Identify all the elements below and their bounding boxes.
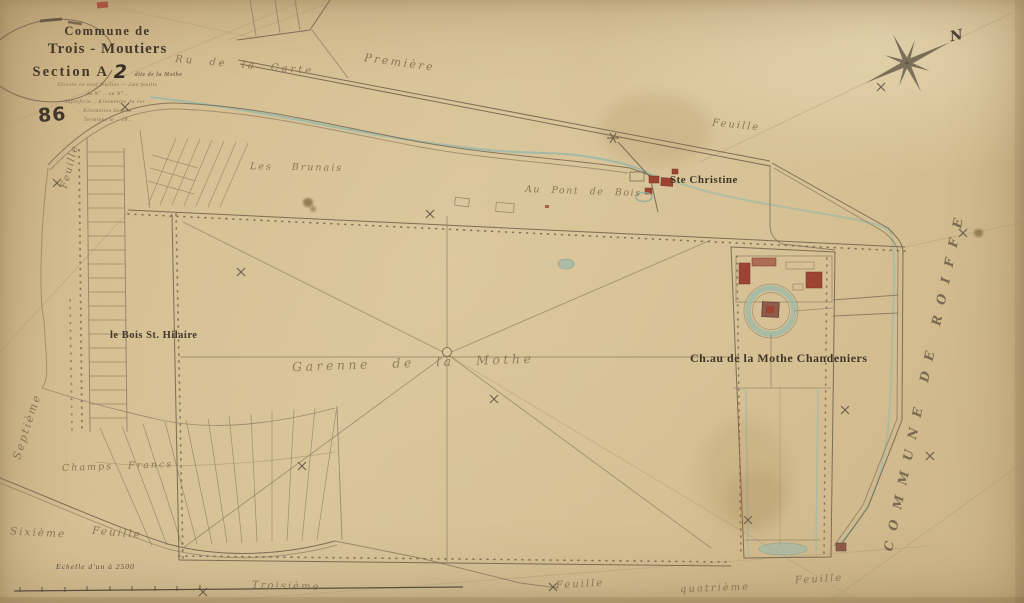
title-cartouche: Commune de Trois - Moutiers Section A 2 … [0, 6, 215, 141]
garenne-allees [180, 216, 731, 562]
stream-east [652, 175, 894, 548]
garenne-center-mark [443, 348, 452, 357]
compass-rose [852, 14, 963, 112]
pond [558, 259, 574, 269]
sheet-edge-shadow [1015, 0, 1024, 603]
sheet-edge-shadow [0, 597, 1024, 603]
cartouche-script-line: .. Kilomètres Second .. [0, 107, 215, 116]
field-features [455, 197, 574, 269]
brunais-parcels [140, 130, 248, 208]
bois-st-hilaire-parcels [70, 138, 127, 432]
cartouche-script-line: Terminée le .. 18.. [0, 116, 215, 125]
stream-main [150, 97, 652, 175]
section-number: 2 [114, 61, 129, 83]
scale-bar [14, 585, 463, 592]
chateau-park [731, 247, 846, 558]
commune-prefix: Commune de [0, 24, 215, 39]
cartouche-script-line: Divisée en neuf feuilles — 2me feuille [0, 81, 215, 90]
sheet-number: 86 [37, 103, 67, 127]
cartouche-script-line: du N° .. au N° .. [0, 90, 215, 99]
commune-name: Trois - Moutiers [0, 41, 215, 58]
chateau-buildings [739, 258, 822, 290]
champs-francs-parcels [42, 388, 342, 546]
section-suffix: dite de la Mothe [135, 72, 183, 78]
park-pond [759, 543, 807, 555]
streams [150, 97, 894, 548]
cadastral-map-sheet: Commune de Trois - Moutiers Section A 2 … [0, 0, 1024, 603]
section-prefix: Section A [33, 64, 109, 80]
section-title: Section A 2 dite de la Mothe [0, 59, 215, 81]
cartouche-script-line: Superficie .. Kilomètres du 1er .. [0, 98, 215, 107]
